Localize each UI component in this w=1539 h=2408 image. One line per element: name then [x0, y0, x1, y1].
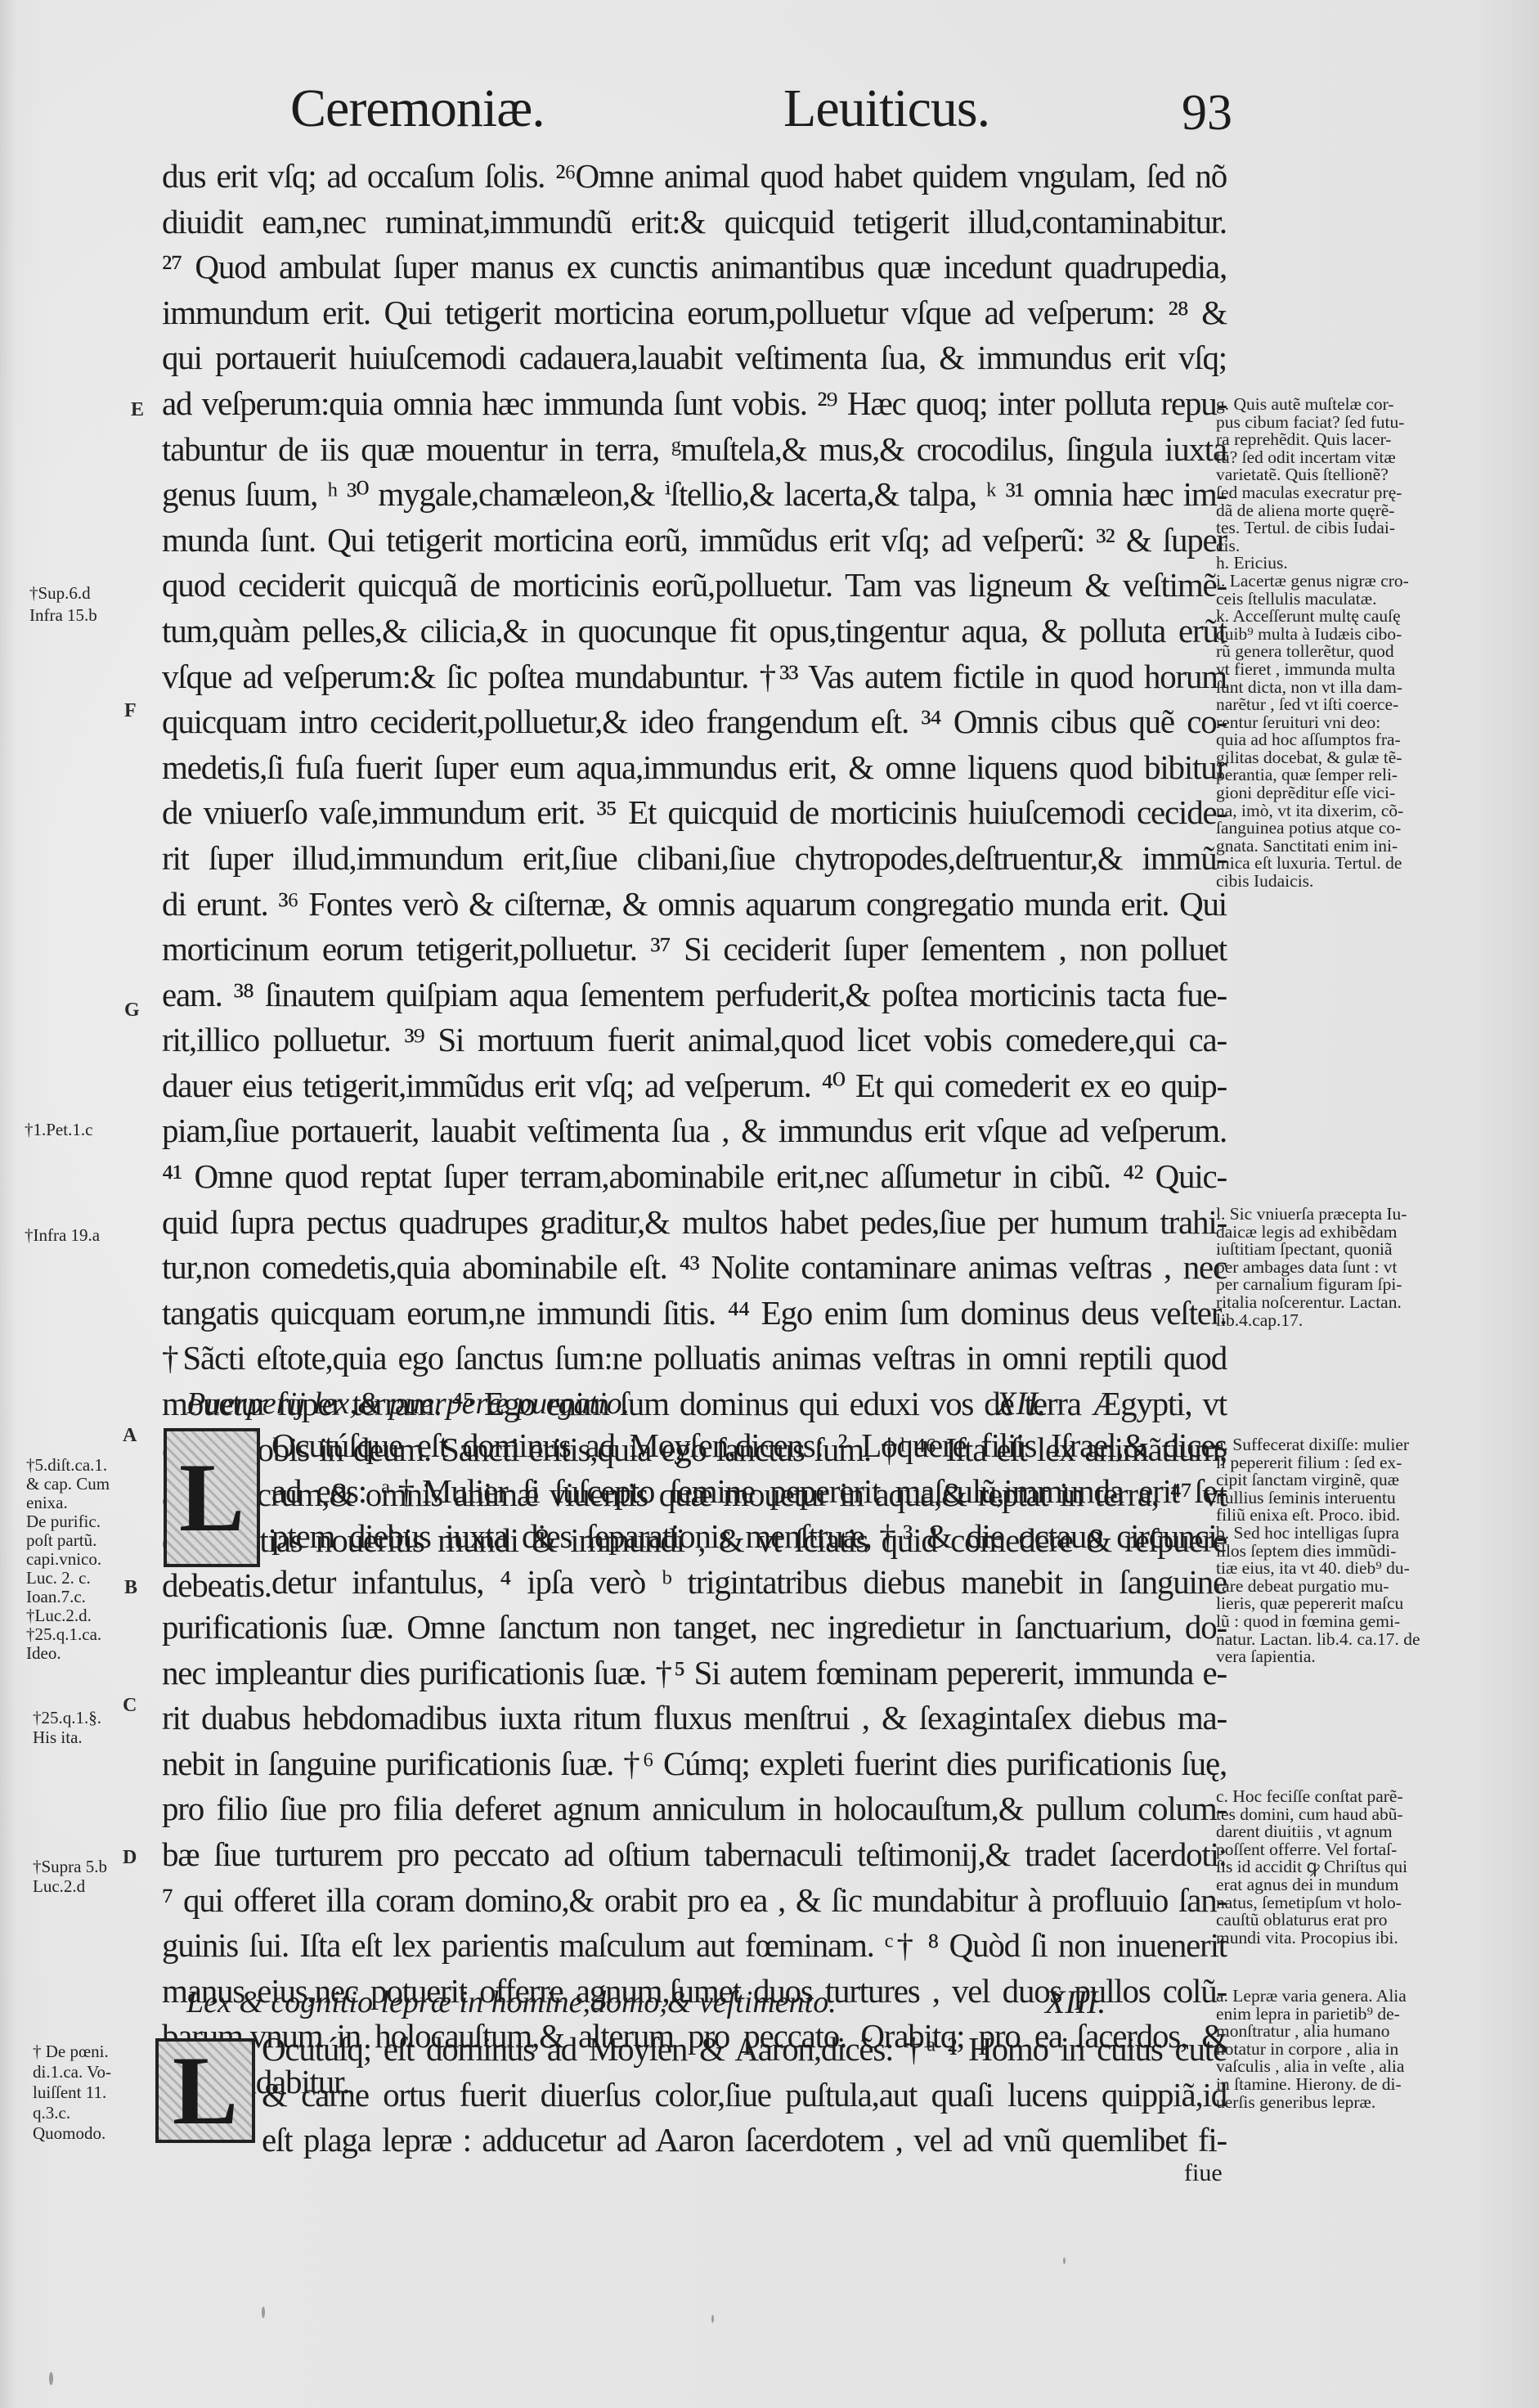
- gloss-a-b: a. Suffecerat dixiſſe: mulier ſi peperer…: [1216, 1436, 1425, 1666]
- chapter-13-initial-lines: Ocutúſq; eſt dominus ad Moyſen & Aaron,d…: [262, 2027, 1227, 2163]
- text-line: immundum erit. Qui tetigerit morticina e…: [162, 290, 1227, 336]
- text-line: genus ſuum, ʰ ³⁰ mygale,chamæleon,& ⁱſte…: [162, 472, 1227, 518]
- text-line: quod ceciderit quicquã de morticinis eor…: [162, 563, 1227, 609]
- gloss-g-k: g. Quis autẽ muſtelæ cor- pus cibum faci…: [1216, 396, 1425, 891]
- text-line: bæ ſiue turturem pro peccato ad oſtium t…: [162, 1832, 1227, 1878]
- margin-ref-5dist: †5.diſt.ca.1. & cap. Cum enixa. De purif…: [26, 1456, 149, 1663]
- paper-speck: [711, 2315, 714, 2323]
- text-line: dus erit vſq; ad occaſum ſolis. ²⁶Omne a…: [162, 154, 1227, 200]
- text-line: vſque ad veſperum:& ſic poſtea mundabunt…: [162, 654, 1227, 700]
- text-line: Ocutúſq; eſt dominus ad Moyſen & Aaron,d…: [262, 2027, 1227, 2073]
- text-line: ²⁷ Quod ambulat ſuper manus ex cunctis a…: [162, 245, 1227, 290]
- section-marker-e: E: [131, 399, 144, 421]
- margin-ref-supra5: †Supra 5.b Luc.2.d: [33, 1857, 155, 1896]
- margin-ref-1pet: †1.Pet.1.c: [25, 1119, 147, 1141]
- text-line: diuidit eam,nec ruminat,immundũ erit:& q…: [162, 200, 1227, 245]
- initial-letter: L: [173, 2034, 238, 2147]
- section-marker-g: G: [124, 1000, 140, 1022]
- text-line: nebit in ſanguine purificationis ſuæ. †⁶…: [162, 1741, 1227, 1787]
- text-line: guinis ſui. Iſta eſt lex parientis maſcu…: [162, 1923, 1227, 1969]
- gloss-a-lepra: a. Lepræ varia genera. Alia enim lepra i…: [1216, 1988, 1425, 2111]
- text-line: munda ſunt. Qui tetigerit morticina eorũ…: [162, 518, 1227, 564]
- running-head-left: Ceremoniæ.: [290, 78, 545, 140]
- text-line: rit ſuper illud,immundum erit,ſiue cliba…: [162, 836, 1227, 882]
- text-line: eſt plaga lepræ : adducetur ad Aaron ſac…: [262, 2118, 1227, 2163]
- text-line: dauer eius tetigerit,immũdus erit vſq; a…: [162, 1063, 1227, 1109]
- text-line: piam,ſiue portauerit, lauabit veſtimenta…: [162, 1108, 1227, 1154]
- paper-speck: [262, 2307, 265, 2318]
- text-line: eam. ³⁸ ſinautem quiſpiam aqua ſementem …: [162, 973, 1227, 1018]
- text-line: tabuntur de iis quæ mouentur in terra, ᵍ…: [162, 427, 1227, 473]
- folio-number: 93: [1182, 84, 1232, 142]
- text-line: tum,quàm pelles,& cilicia,& in quocunque…: [162, 609, 1227, 654]
- chapter-13-number: XIII.: [1045, 1979, 1106, 2025]
- chapter-13-heading: Lex & cognitio lepræ in homine,domo,& ve…: [162, 1979, 1227, 2025]
- text-line: qui portauerit huiuſcemodi cadauera,laua…: [162, 335, 1227, 381]
- text-line: di erunt. ³⁶ Fontes verò & ciſternæ, & o…: [162, 882, 1227, 928]
- chapter-12-heading: Puerperij lex,& puerperæ purgatio. XII.: [162, 1381, 1227, 1426]
- decorated-initial-l-ch12: L: [164, 1428, 260, 1567]
- section-marker-f: F: [124, 700, 137, 722]
- catchword: fiue: [1184, 2159, 1223, 2187]
- margin-ref-sup6: †Sup.6.d Infra 15.b: [29, 582, 152, 627]
- paper-speck: [1063, 2257, 1066, 2264]
- chapter-12-initial-lines: Ocutúſque eſt dominus ad Moyſen,dicens: …: [271, 1423, 1227, 1605]
- text-line: quicquam intro ceciderit,polluetur,& ide…: [162, 699, 1227, 745]
- text-line: quid ſupra pectus quadrupes graditur,& m…: [162, 1200, 1227, 1246]
- text-line: detur infantulus, ⁴ ipſa verò ᵇ triginta…: [271, 1560, 1227, 1606]
- gloss-l: l. Sic vniuerſa præcepta Iu- daicæ legis…: [1216, 1206, 1425, 1329]
- text-line: ad veſperum:quia omnia hæc immunda ſunt …: [162, 381, 1227, 427]
- decorated-initial-l-ch13: L: [155, 2038, 255, 2143]
- text-line: nec impleantur dies purificationis ſuæ. …: [162, 1651, 1227, 1696]
- chapter-12-number: XII.: [996, 1381, 1046, 1426]
- text-line: medetis,ſi fuſa fuerit ſuper eum aqua,im…: [162, 745, 1227, 791]
- chapter-13-title: Lex & cognitio lepræ in homine,domo,& ve…: [186, 1979, 837, 2025]
- text-line: Ocutúſque eſt dominus ad Moyſen,dicens: …: [271, 1423, 1227, 1469]
- margin-ref-25q1: †25.q.1.§. His ita.: [33, 1708, 155, 1747]
- text-line: de vniuerſo vaſe,immundum erit. ³⁵ Et qu…: [162, 790, 1227, 836]
- text-line: rit,illico polluetur. ³⁹ Si mortuum fuer…: [162, 1018, 1227, 1063]
- section-marker-a: A: [123, 1425, 137, 1447]
- chapter-12-title: Puerperij lex,& puerperæ purgatio.: [186, 1381, 630, 1426]
- text-line: morticinum eorum tetigerit,polluetur. ³⁷…: [162, 927, 1227, 973]
- text-line: ad eos: ᵃ†Mulier ſi ſuſcepto ſemine pepe…: [271, 1469, 1227, 1515]
- text-line: purificationis ſuæ. Omne ſanctum non tan…: [162, 1605, 1227, 1651]
- text-line: ⁷ qui offeret illa coram domino,& orabit…: [162, 1878, 1227, 1924]
- text-line: rit duabus hebdomadibus iuxta ritum flux…: [162, 1696, 1227, 1741]
- book-page: Ceremoniæ. Leuiticus. 93 E F G A B C D d…: [0, 0, 1539, 2408]
- text-line: pro filio ſiue pro filia deferet agnum a…: [162, 1786, 1227, 1832]
- text-line: tangatis quicquam eorum,ne immundi ſitis…: [162, 1291, 1227, 1337]
- text-line: ptem diebus iuxta dies ſeparationis menſ…: [271, 1514, 1227, 1560]
- text-line: & carne ortus fuerit diuerſus color,ſiue…: [262, 2073, 1227, 2118]
- running-head: Ceremoniæ. Leuiticus. 93: [0, 78, 1539, 151]
- running-head-book-title: Leuiticus.: [783, 78, 989, 140]
- gloss-c: c. Hoc feciſſe conſtat parẽ- tes domini,…: [1216, 1788, 1425, 1947]
- margin-ref-infra19: †Infra 19.a: [25, 1224, 147, 1247]
- initial-letter: L: [179, 1441, 245, 1554]
- text-line: tur,non comedetis,quia abominabile eſt. …: [162, 1245, 1227, 1291]
- paper-speck: [49, 2372, 53, 2385]
- text-line: †Sãcti eſtote,quia ego ſanctus ſum:ne po…: [162, 1336, 1227, 1381]
- text-line: ⁴¹ Omne quod reptat ſuper terram,abomina…: [162, 1154, 1227, 1200]
- margin-ref-de-poeni: † De pœni. di.1.ca. Vo- luiſſent 11. q.3…: [33, 2042, 155, 2144]
